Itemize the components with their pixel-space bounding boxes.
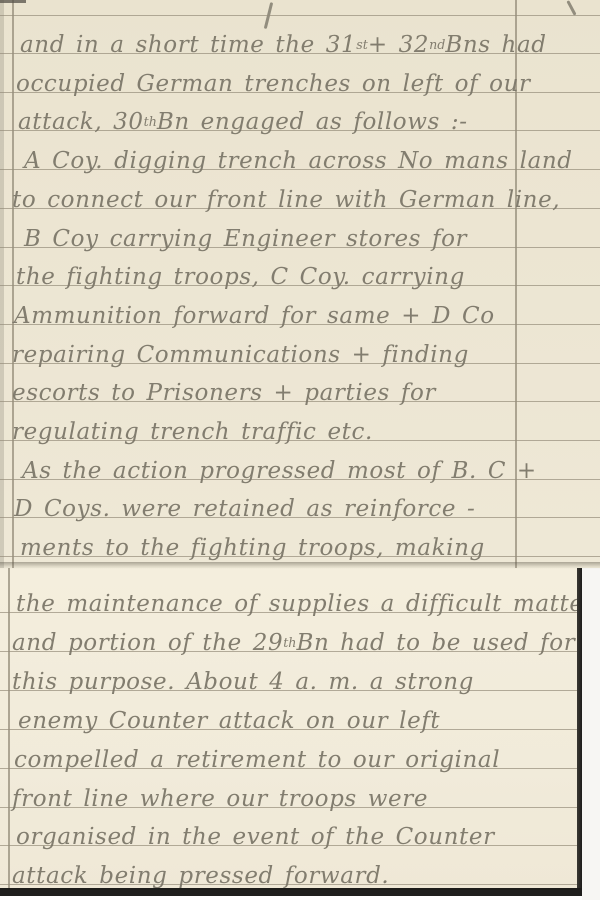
stray-pen-stroke (566, 0, 576, 15)
manuscript-line: Ammunition forward for same + D Co (14, 295, 495, 329)
document-scan: and in a short time the 31st + 32nd Bns … (0, 0, 600, 900)
manuscript-line: organised in the event of the Counter (16, 816, 495, 850)
handwritten-text: Bn had to be used for (296, 630, 575, 656)
manuscript-line: ments to the fighting troops, making (20, 527, 485, 561)
scan-edge-smudge (0, 0, 26, 3)
manuscript-line: compelled a retirement to our original (14, 739, 500, 773)
fragment-seam-shadow (0, 562, 600, 569)
handwritten-text: front line where our troops were (12, 786, 428, 812)
handwritten-text: attack, 30 (18, 109, 144, 135)
left-margin-line (8, 568, 10, 896)
handwritten-text: the fighting troops, C Coy. carrying (16, 264, 465, 290)
manuscript-line: D Coys. were retained as reinforce - (14, 488, 475, 522)
manuscript-line: As the action progressed most of B. C + (22, 450, 537, 484)
manuscript-line: attack, 30th Bn engaged as follows :- (18, 101, 468, 135)
handwritten-text: D Coys. were retained as reinforce - (14, 496, 475, 522)
manuscript-line: escorts to Prisoners + parties for (12, 372, 436, 406)
manuscript-line: attack being pressed forward. (12, 855, 389, 889)
manuscript-line: this purpose. About 4 a. m. a strong (12, 661, 474, 695)
manuscript-fragment-upper: and in a short time the 31st + 32nd Bns … (0, 0, 600, 568)
scan-background (582, 568, 600, 900)
handwritten-text: Bns had (445, 32, 546, 58)
ordinal-superscript: th (283, 635, 296, 650)
handwritten-text: Bn engaged as follows :- (157, 109, 468, 135)
manuscript-line: the fighting troops, C Coy. carrying (16, 256, 465, 290)
manuscript-line: repairing Communications + finding (12, 334, 469, 368)
handwritten-text: As the action progressed most of B. C + (22, 458, 537, 484)
manuscript-line: enemy Counter attack on our left (18, 700, 440, 734)
handwritten-text: A Coy. digging trench across No mans lan… (24, 148, 573, 174)
scan-bottom-edge (0, 888, 582, 896)
manuscript-line: and in a short time the 31st + 32nd Bns … (20, 24, 547, 58)
ruled-line (0, 15, 600, 16)
handwritten-text: ments to the fighting troops, making (20, 535, 485, 561)
manuscript-line: regulating trench traffic etc. (12, 411, 373, 445)
manuscript-line: front line where our troops were (12, 778, 428, 812)
handwritten-text: + 32 (368, 32, 429, 58)
handwritten-text: organised in the event of the Counter (16, 824, 495, 850)
handwritten-text: regulating trench traffic etc. (12, 419, 373, 445)
handwritten-text: enemy Counter attack on our left (18, 708, 440, 734)
handwritten-text: and portion of the 29 (12, 630, 283, 656)
scan-page: { "document": { "fragments": [ { "id": "… (0, 0, 600, 900)
manuscript-line: occupied German trenches on left of our (16, 63, 531, 97)
manuscript-fragment-lower: the maintenance of supplies a difficult … (0, 568, 578, 896)
manuscript-line: the maintenance of supplies a difficult … (16, 583, 578, 617)
manuscript-line: B Coy carrying Engineer stores for (24, 218, 467, 252)
ordinal-superscript: th (144, 114, 157, 129)
ordinal-superscript: nd (429, 37, 445, 52)
handwritten-text: occupied German trenches on left of our (16, 71, 531, 97)
handwritten-text: repairing Communications + finding (12, 342, 469, 368)
handwritten-text: B Coy carrying Engineer stores for (24, 226, 467, 252)
handwritten-text: compelled a retirement to our original (14, 747, 500, 773)
handwritten-text: and in a short time the 31 (20, 32, 356, 58)
left-margin-line (12, 0, 14, 568)
handwritten-text: attack being pressed forward. (12, 863, 389, 889)
scan-right-edge (577, 568, 582, 896)
manuscript-line: and portion of the 29th Bn had to be use… (12, 622, 575, 656)
manuscript-line: A Coy. digging trench across No mans lan… (24, 140, 573, 174)
ordinal-superscript: st (356, 37, 368, 52)
handwritten-text: the maintenance of supplies a difficult … (16, 591, 578, 617)
scan-left-edge (0, 0, 4, 568)
handwritten-text: to connect our front line with German li… (12, 187, 560, 213)
manuscript-line: to connect our front line with German li… (12, 179, 560, 213)
handwritten-text: this purpose. About 4 a. m. a strong (12, 669, 474, 695)
handwritten-text: escorts to Prisoners + parties for (12, 380, 436, 406)
handwritten-text: Ammunition forward for same + D Co (14, 303, 495, 329)
